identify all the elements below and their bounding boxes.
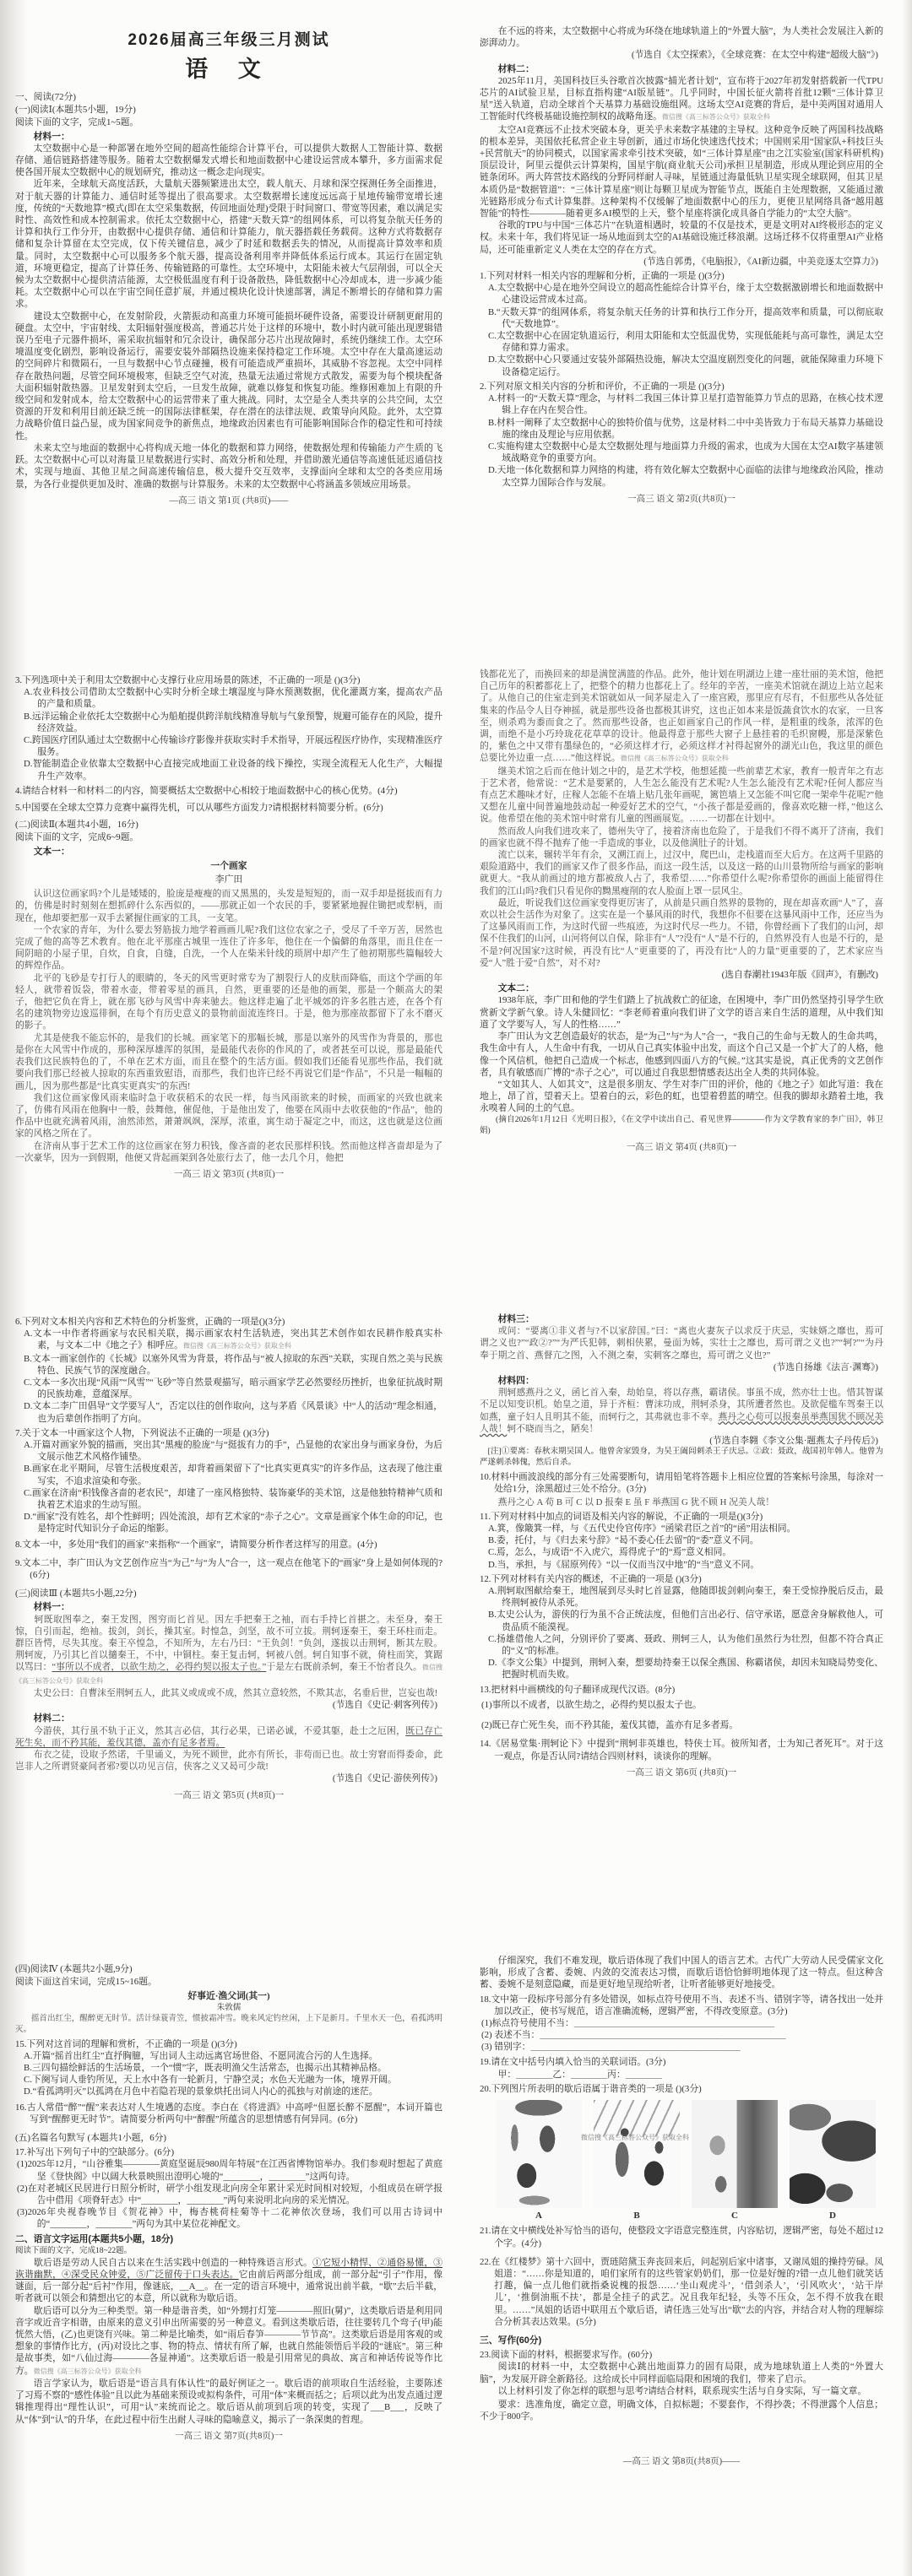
page-3-q-5: 4.请结合材料一和材料二的内容，简要概括太空数据中心相较于地面数据中心的核心优势… bbox=[15, 785, 442, 797]
page-6-h-0: 材料三： bbox=[480, 1313, 883, 1325]
watermark-text: 微信搜《高三标答公众号》获取全科 bbox=[662, 113, 770, 121]
page-7: (四)阅读Ⅳ (本题共2小题,9分)阅读下面这首宋词，完成15~16题。好事近·… bbox=[0, 1960, 456, 2443]
page-2-footer: 一高三 语文 第2页(共8页)一 bbox=[480, 494, 883, 506]
page-3-p-16: 我们这位画家像风雨来临时急于收获稻禾的农民一样，每当风雨欲来的时候，而画家的兴致… bbox=[15, 1092, 442, 1140]
page-7-sec-11: (五)名篇名句默写 (本题共1小题，6分) bbox=[15, 2132, 442, 2144]
page-6-p-1: 或问：“要离①非义者与?不以家辞国。”曰：“离也火妻灰子以求反于庆忌，实妹婿之靡… bbox=[480, 1325, 883, 1361]
page-4-p-2: 然而敌人向我们进攻来了，德州失守了，接着济南也危险了，于是我们不得不离开了济南，… bbox=[480, 825, 883, 849]
page-5-q-0: 6.下列对文本相关内容和艺术特色的分析鉴赏，正确的一项是()(3分) bbox=[15, 1316, 442, 1328]
q20-image-b-label: B bbox=[594, 2210, 680, 2222]
text-run: 钱都花光了，而换回来的却是满筐满篮的作品。此外，他计划在明湖边上建一座壮丽的美术… bbox=[480, 669, 883, 763]
page-6-o-16: B.太史公认为，游侠的行为虽不合正统法度，但他们言出必行、信守承诺，愿意舍身解救… bbox=[488, 1609, 883, 1632]
page-7-s-14: (2)在对老城区民居进行日照分析时，研学小组发现北向房全年累计采光时间相对较短，… bbox=[17, 2183, 442, 2206]
page-2-q-12: 2.下列对原文相关内容的分析和评价，不正确的一项是 ()(3分) bbox=[480, 381, 883, 392]
page-7-q-5: 15.下列对这首词的理解和赏析，不正确的一项是 ()(3分) bbox=[15, 2038, 442, 2050]
text-run: 于是左右既前杀轲，秦王不怡者良久。 bbox=[266, 1662, 422, 1672]
page-8-img-8: ABCD微信搜《高三标答公众号》获取全科 bbox=[488, 2100, 883, 2222]
page-2-o-8: A.太空数据中心是在地外空间设立的超高性能综合计算平台，缘于太空数据激剧增长和地… bbox=[488, 282, 883, 306]
page-5-sec-12: (三)阅读Ⅲ (本题共5小题,22分) bbox=[15, 1588, 442, 1599]
text-run: 轲不晓而当之，陋矣！ bbox=[507, 1424, 598, 1434]
page-3-o-1: A.农业科技公司借助太空数据中心实时分析全球土壤湿度与降水预测数据，优化灌溉方案… bbox=[24, 686, 442, 710]
page-8-p-0: 仔细深究，我们不难发现，歇后语体现了我们中国人的语言艺术。古代广大劳动人民受儒家… bbox=[480, 1955, 883, 1991]
page-4-p-8: 李广田认为文艺创造最好的状态，是“为己”与“为人”合一，“我自己的生命与无数人的… bbox=[480, 1031, 883, 1079]
page-7-o-6: A.开篇“摇首出红尘”直抒胸臆，写出词人主动远离官场世俗、不愿同流合污的人生选择… bbox=[24, 2050, 442, 2062]
q20-image-b-wrap: B bbox=[594, 2100, 680, 2222]
q20-image-d-wrap: D bbox=[790, 2100, 876, 2222]
page-3-c-11: 李广田 bbox=[15, 874, 442, 885]
page-4-p-9: “文如其人、人如其文”，这是很多朋友、学生对李广田的评价，他的《地之子》如此写道… bbox=[480, 1079, 883, 1115]
page-7-pf-18: 歇后语是劳动人民自古以来在生活实践中创造的一种特殊语言形式。①它短小精悍、②通俗… bbox=[15, 2257, 442, 2305]
page-5-o-2: B.文本一画家创作的《长城》以塞外风雪为背景，将作品与“被人掠取的东西”关联，实… bbox=[24, 1353, 442, 1377]
page-3-p-17: 在济南从事于艺术工作的这位画家在努力积钱，像吝啬的老农民那样积钱。然而他这样吝啬… bbox=[15, 1140, 442, 1164]
page-5-h-13: 材料一： bbox=[15, 1601, 442, 1613]
page-2-o-9: B.“天数天算”的组网体系，将复杂航天任务的计算和执行工作分开，提高效率和质量，… bbox=[488, 306, 883, 330]
watermark-text: 微信搜《高三标答公众号》获取全科 bbox=[183, 1342, 291, 1350]
page-8-footer: —高三 语文 第8页(共8页)—— bbox=[480, 2456, 883, 2468]
page-7-q-10: 16.古人常借“醉”“醒”来表达对人生境遇的态度。李白在《将进酒》中高呼“但愿长… bbox=[15, 2102, 442, 2125]
page-3-o-3: C.跨国医疗团队通过太空数据中心传输诊疗影像并获取实时手术指导，开展远程医疗协作… bbox=[24, 734, 442, 758]
page-5-r-16: (节选自《史记·刺客列传》) bbox=[15, 1699, 442, 1711]
page-1-footer: —高三 语文 第1页 (共8页)—— bbox=[15, 495, 442, 507]
page-4-p-10: (摘自2026年1月12日《光明日报》，《在文学中读出自己、看见世界————作为… bbox=[480, 1115, 883, 1137]
page-3-q-0: 3.下列选项中关于利用太空数据中心支撑行业应用场景的陈述，不正确的一项是 ()(… bbox=[15, 674, 442, 686]
left-column: 2026届高三年级三月测试语 文一、阅读(72分)(一)阅读Ⅰ(本题共5小题，1… bbox=[0, 0, 456, 2576]
page-5-o-6: A.开篇对画家外貌的描画，突出其“黑瘦的脸庞”与“挺拔有力的手”，凸显他的农家出… bbox=[24, 1439, 442, 1463]
page-5-pf-18: 今游侠，其行虽不轨于正义，然其言必信，其行必果，已诺必诚，不爱其躯，赴士之厄困，… bbox=[15, 1725, 442, 1749]
page-2-h-2: 材料二： bbox=[480, 63, 883, 75]
page-6-q-7: 10.材料中画波浪线的部分有三处需要断句，请用铅笔将答题卡上相应位置的答案标号涂… bbox=[480, 1471, 883, 1495]
page-8-q-9: 21.请在文中横线处补写恰当的语句，使整段文字语意完整连贯，内容贴切，逻辑严密，… bbox=[480, 2225, 883, 2249]
page-3-q-6: 5.中国要在全球太空算力竞赛中赢得先机，可以从哪些方面发力?请根据材料简要分析。… bbox=[15, 802, 442, 814]
page-5-h-17: 材料二： bbox=[15, 1713, 442, 1724]
page-7-s-15: (3)2026年央视春晚节目《贺花神》中，梅杏桃荷桂菊等十二花神依次登场，我们可… bbox=[17, 2206, 442, 2230]
page-5-o-8: C.画家在济南“积钱像吝啬的老农民”，却建了一座风格独特、装饰豪华的美术馆，这是… bbox=[24, 1487, 442, 1511]
page-6-r-2: (节选自扬雄《法言·渊骞》) bbox=[480, 1361, 883, 1373]
page-8-s-3: (2) 表述不当：＿＿＿＿＿＿＿＿＿＿＿＿＿＿＿＿＿＿＿＿＿＿＿＿＿＿＿ bbox=[481, 2029, 883, 2041]
q20-image-b bbox=[594, 2100, 680, 2208]
page-8-s-4: (3) 错别字：＿＿＿＿＿＿＿＿＿＿＿＿＿＿＿＿＿＿＿＿＿＿＿ bbox=[481, 2041, 883, 2053]
page-5-pf-14: 轲既取图奉之，秦王发图，图穷而匕首见。因左手把秦王之袖，而右手持匕首揕之。未至身… bbox=[15, 1614, 442, 1687]
watermark-text: 微信搜《高三标答公众号》获取全科 bbox=[34, 2368, 142, 2375]
page-5-q-5: 7.关于文本一中画家这个人物，下列说法不正确的一项是 ()(3分) bbox=[15, 1427, 442, 1439]
page-7-s-13: (1)2025年12月，“山谷雅集————黄庭坚诞辰980周年特展”在江西省博物… bbox=[17, 2158, 442, 2182]
page-2-o-14: B.材料一阐释了太空数据中心的独特价值与优势，这是材料二中中美皆致力于布局天基算… bbox=[488, 417, 883, 441]
page-6-s-20: (1)事所以不成者，以欲生劫之，必得约契以报太子也。 bbox=[481, 1699, 883, 1711]
page-1-sec-2: 一、阅读(72分) bbox=[15, 91, 442, 103]
page-7-ln-17: 阅读下面的文字，完成18~22题。 bbox=[15, 2246, 442, 2257]
page-6-o-10: A.箕，像簸箕一样，与《五代史伶官传序》“函梁君臣之首”的“函”用法相同。 bbox=[488, 1523, 883, 1534]
page-3-footer: 一高三 语文 第3页 (共8页)一 bbox=[15, 1169, 442, 1181]
page-7-footer: 一高三 语文 第7页(共8页)一 bbox=[15, 2431, 442, 2443]
page-6-pf-4: 荆轲感燕丹之义，函匕首入秦，劫始皇，将以存燕，霸诸侯。事虽不成，然亦壮士也。惜其… bbox=[480, 1387, 883, 1435]
page-2-r-1: (节选自《太空探索》，《全球竞赛：在太空中构建“超级大脑”》) bbox=[480, 49, 883, 61]
page-6-q-14: 12.下列对材料有关内容的概述，不正确的一项是 ()(3分) bbox=[480, 1573, 883, 1585]
page-8-s-2: (1)标点符号使用不当：＿＿＿＿＿＿＿＿＿＿＿＿＿＿＿＿＿＿＿＿＿＿ bbox=[481, 2017, 883, 2029]
page-1-h-5: 材料一： bbox=[15, 131, 442, 143]
page-7-c-2: 好事近·渔父词(其一) bbox=[15, 1990, 442, 2002]
page-5-r-20: (节选自《史记·游侠列传》) bbox=[15, 1772, 442, 1784]
page-7-p-4: 摇首出红尘，醒醉更无时节。活计绿蓑青笠，惯披霜冲雪。晚来风定钓丝闲，上下是新月。… bbox=[15, 2014, 442, 2036]
page-8-q-5: 19.请在文中括号内填入恰当的关联词语。(3分) bbox=[480, 2056, 883, 2068]
page-6-footer: 一高三 语文 第6页 (共8页)一 bbox=[480, 1767, 883, 1779]
watermark-text: 微信搜《高三标答公众号》获取全科 bbox=[581, 2132, 689, 2144]
page-5-o-3: C.文本一多次出现“风雨”“风雪”“飞砂”等自然景观描写，暗示画家学艺必然要经历… bbox=[24, 1377, 442, 1400]
page-1-ln-3: (一)阅读Ⅰ(本题共5小题，19分) bbox=[15, 104, 442, 116]
page-1-p-7: 近年来，全球航天高度活跃，大量航天器频繁进出太空，载人航天、月球和深空探测任务全… bbox=[15, 178, 442, 310]
page-8-p-14: 以上材料引发了你怎样的联想与思考?请结合材料，联系现实生活与自身实际，写一篇文章… bbox=[480, 2385, 883, 2397]
page-4-h-6: 文本二： bbox=[480, 982, 883, 994]
text-run: 今游侠，其行虽不轨于正义，然其言必信，其行必果，已诺必诚，不爱其躯，赴士之厄困， bbox=[15, 1726, 405, 1736]
page-6-q-9: 11.下列对材料中加点的词语及相关内容的解说，不正确的一项是()(3分) bbox=[480, 1511, 883, 1523]
page-1: 2026届高三年级三月测试语 文一、阅读(72分)(一)阅读Ⅰ(本题共5小题，1… bbox=[0, 30, 456, 507]
page-2-p-4: 太空AI竞赛远不止技术突破本身，更关乎未来数字基建的主导权。这种竞争反映了两国科… bbox=[480, 124, 883, 220]
page-2-p-5: 谷歌的TPU与中国“三体芯片”在轨道相遇时，较量的不仅是技术，更是文明对AI终极… bbox=[480, 219, 883, 256]
page-8: 仔细深究，我们不难发现，歇后语体现了我们中国人的语言艺术。古代广大劳动人民受儒家… bbox=[456, 1955, 912, 2469]
page-6-o-17: C.扬雄借他人之问，分别评价了要离、聂政、荆轲三人，认为他们虽然行为壮烈，但都不… bbox=[488, 1633, 883, 1657]
watermark-text: 微信搜《高三标答公众号》获取全科 bbox=[621, 755, 729, 762]
page-3-p-14: 北平的飞砂是专打行人的眼睛的，冬天的风雪更时常专为了割裂行人的皮肤而降临，而这个… bbox=[15, 972, 442, 1032]
page-5-footer: 一高三 语文 第5页 (共8页)一 bbox=[15, 1790, 442, 1802]
page-8-ln-6: 甲：＿＿＿＿乙：＿＿＿＿丙：＿＿＿＿ bbox=[480, 2069, 883, 2081]
page-1-p-6: 太空数据中心是一种部署在地外空间的超高性能综合计算平台，可以提供大数据人工智能计… bbox=[15, 143, 442, 179]
page-5-q-10: 8.文本一中，多处用“我们的画家”来指称“一个画家”，请简要分析作者这样写的用意… bbox=[15, 1539, 442, 1550]
page-5-q-11: 9.文本二中，李广田认为文艺创作应当“为己”与“为人”合一，这一观点在他笔下的“… bbox=[15, 1557, 442, 1581]
page-8-pf-15: 要求：选准角度，确定立意，明确文体，自拟标题；不要套作，不得抄袭；不得泄露个人信… bbox=[480, 2399, 883, 2422]
page-8-sec-11: 三、写作(60分) bbox=[480, 2335, 883, 2346]
page-7-q-12: 17.补写出下列句子中的空缺部分。(6分) bbox=[15, 2146, 442, 2158]
exam-scan-canvas: 2026届高三年级三月测试语 文一、阅读(72分)(一)阅读Ⅰ(本题共5小题，1… bbox=[0, 0, 912, 2576]
page-7-c-3: 朱敦儒 bbox=[15, 2003, 442, 2014]
page-2-o-15: C.实施构建太空数据中心是太空数据处理与地面算力升级的需求，也成为大国在太空AI… bbox=[488, 441, 883, 464]
page-6-r-5: (节选自李翱《李文公集·题燕太子丹传后》) bbox=[480, 1435, 883, 1447]
page-3-p-13: 一个农家的青年，为什么要去努筋拔力地学着画画儿呢?我们这位农家之子，受尽了千辛万… bbox=[15, 924, 442, 972]
page-1-p-8: 建设太空数据中心，在发射阶段，火箭振动和高重力环境可能损坏硬件设备，需要设计研制… bbox=[15, 311, 442, 442]
page-2-o-16: D.天地一体化数据和算力网络的构建，将有效化解太空数据中心面临的法律与地缘政治风… bbox=[488, 464, 883, 488]
page-6: 材料三：或问：“要离①非义者与?不以家辞国。”曰：“离也火妻灰子以求反于庆忌，实… bbox=[456, 1312, 912, 1779]
page-4-p-1: 继美术馆之后而在他计划之中的，是艺术学校，他想延揽一些前辈艺术家，教育一般青年之… bbox=[480, 766, 883, 825]
page-5-p-15: 太史公曰：自曹沫至荆轲五人，此其义或成或不成，然其立意较然，不欺其志，名垂后世，… bbox=[15, 1687, 442, 1699]
q20-image-c-label: C bbox=[692, 2210, 778, 2222]
q20-image-c-wrap: C bbox=[692, 2100, 778, 2222]
page-5-o-4: D.文本二李广田倡导“文学要写人”，否定以往的创作取向，这与茅盾《风景谈》中“人… bbox=[24, 1400, 442, 1424]
page-2-o-13: A.材料一的“天数天算”理念，与材料二我国三体计算卫星打造智能算力节点的思路，在… bbox=[488, 392, 883, 416]
page-7-pf-19: 歇后语可以分为三种类型。第一种是谐音类，如“外甥打灯笼————照旧(舅)”，这类… bbox=[15, 2305, 442, 2378]
text-run: “事所以不成者，以欲生劫之，必得约契以报太子也。” bbox=[52, 1662, 266, 1672]
page-4: 钱都花光了，而换回来的却是满筐满篮的作品。此外，他计划在明湖边上建一座壮丽的美术… bbox=[456, 668, 912, 1154]
page-7-ln-1: 阅读下面这首宋词，完成15~16题。 bbox=[15, 1976, 442, 1988]
page-2-r-6: (节选自郭勇，《电脑报》，《AI新边疆，中美竞逐太空算力》) bbox=[480, 256, 883, 268]
page-7-sec-0: (四)阅读Ⅳ (本题共2小题,9分) bbox=[15, 1963, 442, 1975]
page-7-o-9: D.“看孤鸿明灭”以孤鸿在月色中若隐若现的景象烘托出词人内心的孤独与对前途的迷茫… bbox=[24, 2086, 442, 2097]
page-3: 3.下列选项中关于利用太空数据中心支撑行业应用场景的陈述，不正确的一项是 ()(… bbox=[0, 672, 456, 1181]
page-3-h-9: 文本一： bbox=[15, 846, 442, 858]
page-3-ln-8: 阅读下面的文字，完成6~9题。 bbox=[15, 831, 442, 843]
page-3-sec-7: (二)阅读Ⅱ(本题共4小题，16分) bbox=[15, 819, 442, 831]
page-7-o-7: B.三四句描绘鲜活的生活场景，一个“惯”字，既表明渔父生活常态，也揭示出其精神品… bbox=[24, 2062, 442, 2074]
page-5-o-7: B.画家在北平期间，尽管生活极度艰苦，却背着画架留下了“比真实更真实”的许多作品… bbox=[24, 1463, 442, 1486]
page-1-p-9: 未来太空与地面的数据中心将构成天地一体化的数据和算力网络，使数据处理和传输能力产… bbox=[15, 442, 442, 490]
page-2-pf-3: 2025年11月，美国科技巨头谷歌首次披露“捕光者计划”，宣布将于2027年初发… bbox=[480, 75, 883, 124]
q20-image-a-label: A bbox=[496, 2210, 582, 2222]
right-column: 在不远的将来，太空数据中心将成为环绕在地球轨道上的“外置大脑”，为人类社会发展注… bbox=[456, 0, 912, 2576]
page-5-p-19: 布衣之徒，设取予然诺，千里诵义，为死不顾世，此亦有所长，非苟而已也。故士穷窘而得… bbox=[15, 1749, 442, 1772]
page-6-h-3: 材料四： bbox=[480, 1375, 883, 1387]
q20-image-a bbox=[496, 2100, 582, 2208]
q20-image-c bbox=[692, 2100, 778, 2208]
page-6-ln-8: 燕丹之心 A 苟 B 可 C 以 D 报秦 E 虽 F 举燕国 G 犹不顾 H … bbox=[480, 1496, 883, 1508]
page-4-pf-0: 钱都花光了，而换回来的却是满筐满篮的作品。此外，他计划在明湖边上建一座壮丽的美术… bbox=[480, 668, 883, 766]
page-5-o-1: A.文本一中作者将画家与农民相关联，揭示画家农村生活轨迹，突出其艺术创作如农民耕… bbox=[24, 1328, 442, 1352]
text-run: 歇后语可以分为三种类型。第一种是谐音类，如“外甥打灯笼————照旧(舅)”，这类… bbox=[15, 2306, 442, 2376]
page-3-p-15: 尤其是使我不能忘怀的，是我们的长城。画家笔下的那幅长城，那是以塞外的风雪作为背景… bbox=[15, 1032, 442, 1092]
page-6-o-18: D.《李文公集》中提到，荆轲入秦，想要劫持秦王以保全燕国、称霸诸侯，却因未知晓局… bbox=[488, 1657, 883, 1680]
page-4-p-4: 最近，听说我们这位画家变得更厉害了，从前是只画自然界的景物的，现在却喜欢画“人”… bbox=[480, 897, 883, 969]
page-6-o-13: D.当，承担，与《屈原列传》“以一仪而当汉中地”的“当”意义不同。 bbox=[488, 1559, 883, 1571]
page-3-o-4: D.智能制造企业依靠太空数据中心直接完成地面工业设备的线下操控，实现全流程无人化… bbox=[24, 758, 442, 782]
page-2-o-10: C.太空数据中心在固定轨道运行，利用太阳能和太空低温优势，实现低能耗与高可靠性，… bbox=[488, 330, 883, 354]
page-4-r-5: (选自春潮社1943年版《回声》，有删改) bbox=[480, 969, 883, 981]
page-1-st-1: 语 文 bbox=[15, 54, 442, 84]
page-8-q-1: 18.文中第一段标序号部分有多处错误，如标点符号使用不当、表述不当、错别字等，请… bbox=[480, 1994, 883, 2017]
page-6-q-22: 14.《居易堂集·荆轲论下》中提到“荆轲非英雄也，特侠士耳。彼所知者，士为知己者… bbox=[480, 1738, 883, 1762]
page-8-p-13: 阅读Ⅰ的材料一中，太空数据中心跳出地面算力的固有局限，成为地球轨道上人类的“外置… bbox=[480, 2361, 883, 2384]
page-2-q-7: 1.下列对材料一相关内容的理解和分析，正确的一项是 ()(3分) bbox=[480, 270, 883, 282]
page-4-footer: 一高三 语文 第4页 (共8页)一 bbox=[480, 1142, 883, 1154]
page-3-p-12: 认识这位画家吗?个儿是矮矮的，脸庞是瘦瘦的而又黑黑的，头发是短短的，而一双手却是… bbox=[15, 888, 442, 924]
page-2-o-11: D.太空数据中心只要通过安装外部隔热设施，解决太空温度剧烈变化的问题，就能保障重… bbox=[488, 354, 883, 377]
page-1-ln-4: 阅读下面的文字，完成1~5题。 bbox=[15, 116, 442, 128]
page-6-pf-6: [注]①要离：春秋末期吴国人。他曾舍家毁身，为吴王阖闾刺杀王子庆忌。②政：聂政，… bbox=[480, 1447, 883, 1469]
page-6-o-11: B.委，托付，与《归去来兮辞》“曷不委心任去留”的“委”意义不同。 bbox=[488, 1534, 883, 1546]
q20-image-a-wrap: A bbox=[496, 2100, 582, 2222]
page-8-q-10: 22.在《红楼梦》第十六回中，贾琏陪黛玉奔丧回来后，问起别后家中诸事，又谢凤姐的… bbox=[480, 2256, 883, 2328]
page-3-o-2: B.远洋运输企业依托太空数据中心为船舶提供跨洋航线精准导航与气象预警，规避可能存… bbox=[24, 711, 442, 734]
page-6-o-12: C.焉，怎么，与成语“不入虎穴，焉得虎子”的“焉”意义相同。 bbox=[488, 1546, 883, 1558]
page-1-t-0: 2026届高三年级三月测试 bbox=[15, 30, 442, 51]
page-4-p-7: 1938年底，李广田和他的学生们踏上了抗战救亡的征途，在困境中，李广田仍然坚持引… bbox=[480, 994, 883, 1031]
page-3-c-10: 一个画家 bbox=[15, 860, 442, 872]
page-8-q-12: 23.阅读下面的材料，根据要求写作。(60分) bbox=[480, 2349, 883, 2361]
page-2: 在不远的将来，太空数据中心将成为环绕在地球轨道上的“外置大脑”，为人类社会发展注… bbox=[456, 25, 912, 506]
text-run: 歇后语是劳动人民自古以来在生活实践中创造的一种特殊语言形式。 bbox=[15, 2258, 312, 2268]
page-4-p-3: 流亡以来，辗转半年有余，又溯江而上，过汉中，爬巴山，走栈道而至大后方。在这两千里… bbox=[480, 849, 883, 897]
page-7-p-20: 语言学家认为，歇后语是“语言具有体认性”的最好例证之一。歇后语的前项取自生活经验… bbox=[15, 2378, 442, 2426]
q20-image-d bbox=[790, 2100, 876, 2208]
page-5-o-9: D.“画家”没有姓名，却个性鲜明；四处流浪，却有艺术家的“赤子之心”。文章是画家… bbox=[24, 1511, 442, 1534]
q20-image-d-label: D bbox=[790, 2210, 876, 2222]
page-7-sec-16: 二、语言文字运用(本题共5小题，18分) bbox=[15, 2233, 442, 2245]
page-2-p-0: 在不远的将来，太空数据中心将成为环绕在地球轨道上的“外置大脑”，为人类社会发展注… bbox=[480, 25, 883, 49]
page-6-q-19: 13.把材料中画横线的句子翻译成现代汉语。(8分) bbox=[480, 1684, 883, 1696]
page-8-q-7: 20.下列图片所表明的歇后语属于谐音类的一项是 ()(3分) bbox=[480, 2083, 883, 2095]
page-6-s-21: (2)既已存亡死生矣，而不矜其能，羞伐其德，盖亦有足多者焉。 bbox=[481, 1719, 883, 1731]
page-6-o-15: A.荆轲取图献给秦王，地图展到尽头时匕首显露，他随即拔剑刺向秦王，秦王受惊挣脱后… bbox=[488, 1585, 883, 1609]
page-5: 6.下列对文本相关内容和艺术特色的分析鉴赏，正确的一项是()(3分)A.文本一中… bbox=[0, 1313, 456, 1802]
page-7-o-8: C.下阕写词人垂钓所见，天上水中各有一轮新月，宁静空灵；水色天光融为一体，境界开… bbox=[24, 2074, 442, 2086]
